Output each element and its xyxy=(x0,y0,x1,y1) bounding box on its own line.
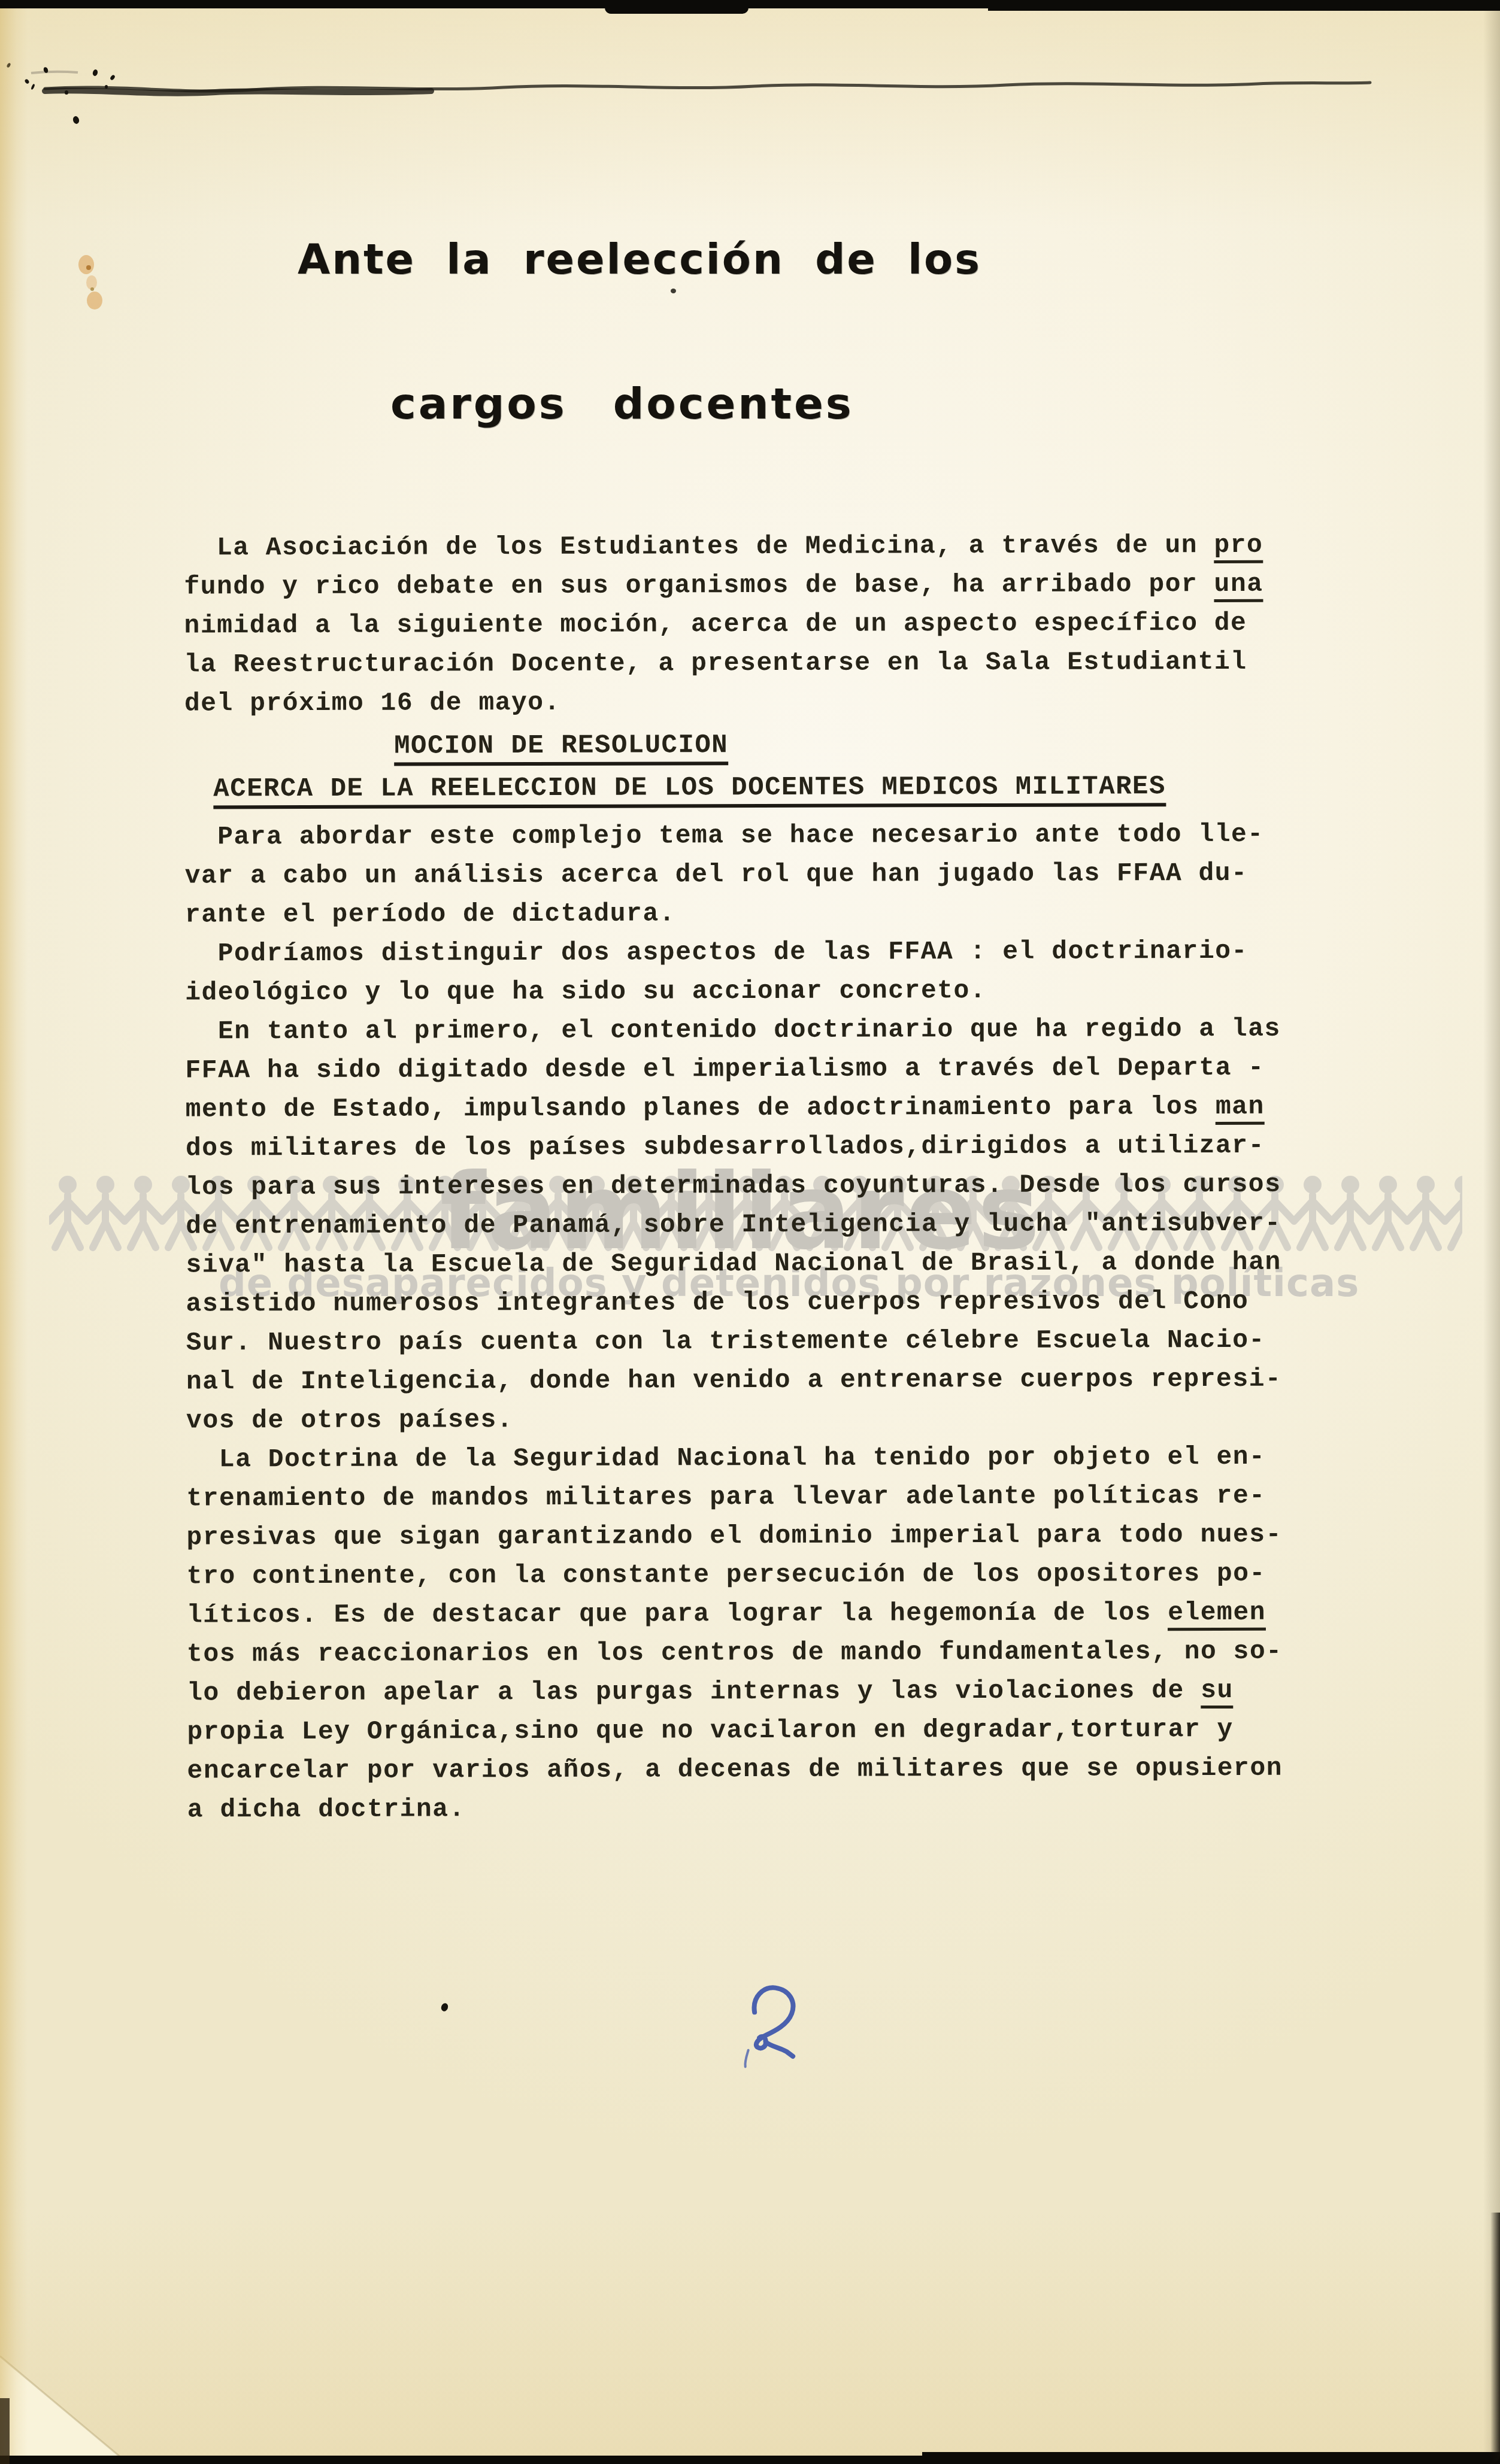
scan-edge-left-bottom xyxy=(0,2398,10,2464)
underlined-word: una xyxy=(1214,569,1263,602)
ink-speckle xyxy=(65,90,68,95)
typewritten-line: En tanto al primero, el contenido doctri… xyxy=(185,1009,1335,1051)
rust-stain xyxy=(72,251,114,317)
document-heading: ACERCA DE LA REELECCION DE LOS DOCENTES … xyxy=(184,767,1334,809)
typewritten-line: Sur. Nuestro país cuenta con la tristeme… xyxy=(186,1320,1336,1362)
typewritten-line: presivas que sigan garantizando el domin… xyxy=(186,1515,1336,1556)
underlined-word: pro xyxy=(1214,530,1263,563)
typewritten-line: FFAA ha sido digitado desde el imperiali… xyxy=(185,1048,1335,1090)
typewritten-lines: La Asociación de los Estudiantes de Medi… xyxy=(184,525,1337,1829)
typewritten-line: del próximo 16 de mayo. xyxy=(184,681,1334,723)
ink-speckle xyxy=(671,289,676,293)
typewritten-line: vos de otros países. xyxy=(186,1398,1336,1440)
typewritten-line: a dicha doctrina. xyxy=(187,1787,1337,1829)
typewritten-line: nal de Inteligencia, donde han venido a … xyxy=(186,1359,1336,1401)
scan-artifact-line xyxy=(0,60,1437,108)
page-left-edge xyxy=(0,0,28,2464)
page-right-edge xyxy=(1483,0,1500,2464)
typewritten-line: tro continente, con la constante persecu… xyxy=(187,1553,1337,1595)
handwritten-page-number xyxy=(735,1980,819,2082)
scan-edge-top-bump xyxy=(605,0,749,14)
typewritten-line: La Doctrina de la Seguridad Nacional ha … xyxy=(186,1437,1336,1479)
ink-speckle xyxy=(105,85,108,89)
scan-edge-corner-br xyxy=(1490,2213,1500,2464)
typewritten-line: dos militares de los países subdesarroll… xyxy=(186,1125,1335,1167)
typewritten-line: tos más reaccionarios en los centros de … xyxy=(187,1631,1337,1673)
typewritten-line: de entrenamiento de Panamá, sobre Inteli… xyxy=(186,1203,1335,1245)
typewritten-line: var a cabo un análisis acerca del rol qu… xyxy=(185,853,1335,895)
scanned-document-page: familiares de desaparecidos y detenidos … xyxy=(0,0,1500,2464)
typewritten-line: la Reestructuración Docente, a presentar… xyxy=(184,642,1334,684)
typewritten-line: ideológico y lo que ha sido su accionar … xyxy=(185,970,1335,1012)
typewritten-line: La Asociación de los Estudiantes de Medi… xyxy=(184,525,1334,567)
typewritten-line: Podríamos distinguir dos aspectos de las… xyxy=(185,931,1335,973)
typewritten-line: trenamiento de mandos militares para lle… xyxy=(186,1476,1336,1518)
typewritten-line: mento de Estado, impulsando planes de ad… xyxy=(186,1087,1335,1128)
typewritten-line: fundo y rico debate en sus organismos de… xyxy=(184,564,1334,606)
typewritten-line: asistido numerosos integrantes de los cu… xyxy=(186,1281,1335,1323)
underlined-word: man xyxy=(1216,1092,1265,1125)
scan-edge-bottom-right xyxy=(922,2452,1500,2464)
typewritten-line: Para abordar este complejo tema se hace … xyxy=(184,814,1334,856)
scan-edge-top-right xyxy=(988,0,1500,11)
typewritten-line: propia Ley Orgánica,sino que no vacilaro… xyxy=(187,1709,1337,1751)
underlined-word: su xyxy=(1201,1676,1234,1709)
underlined-word: elemen xyxy=(1168,1598,1266,1631)
typewritten-line: encarcelar por varios años, a decenas de… xyxy=(187,1748,1337,1790)
document-heading: MOCION DE RESOLUCION xyxy=(184,724,1334,766)
typewritten-line: lo debieron apelar a las purgas internas… xyxy=(187,1670,1337,1712)
typewritten-line: líticos. Es de destacar que para lograr … xyxy=(187,1592,1337,1634)
typewritten-line: los para sus intereses en determinadas c… xyxy=(186,1164,1335,1206)
typewritten-line: nimidad a la siguiente moción, acerca de… xyxy=(184,603,1334,645)
typewritten-line: siva" hasta la Escuela de Seguridad Naci… xyxy=(186,1242,1335,1284)
document-title-line-1: Ante la reelección de los xyxy=(298,235,981,284)
document-title-line-2: cargos docentes xyxy=(390,378,854,429)
typewritten-line: rante el período de dictadura. xyxy=(185,892,1335,934)
